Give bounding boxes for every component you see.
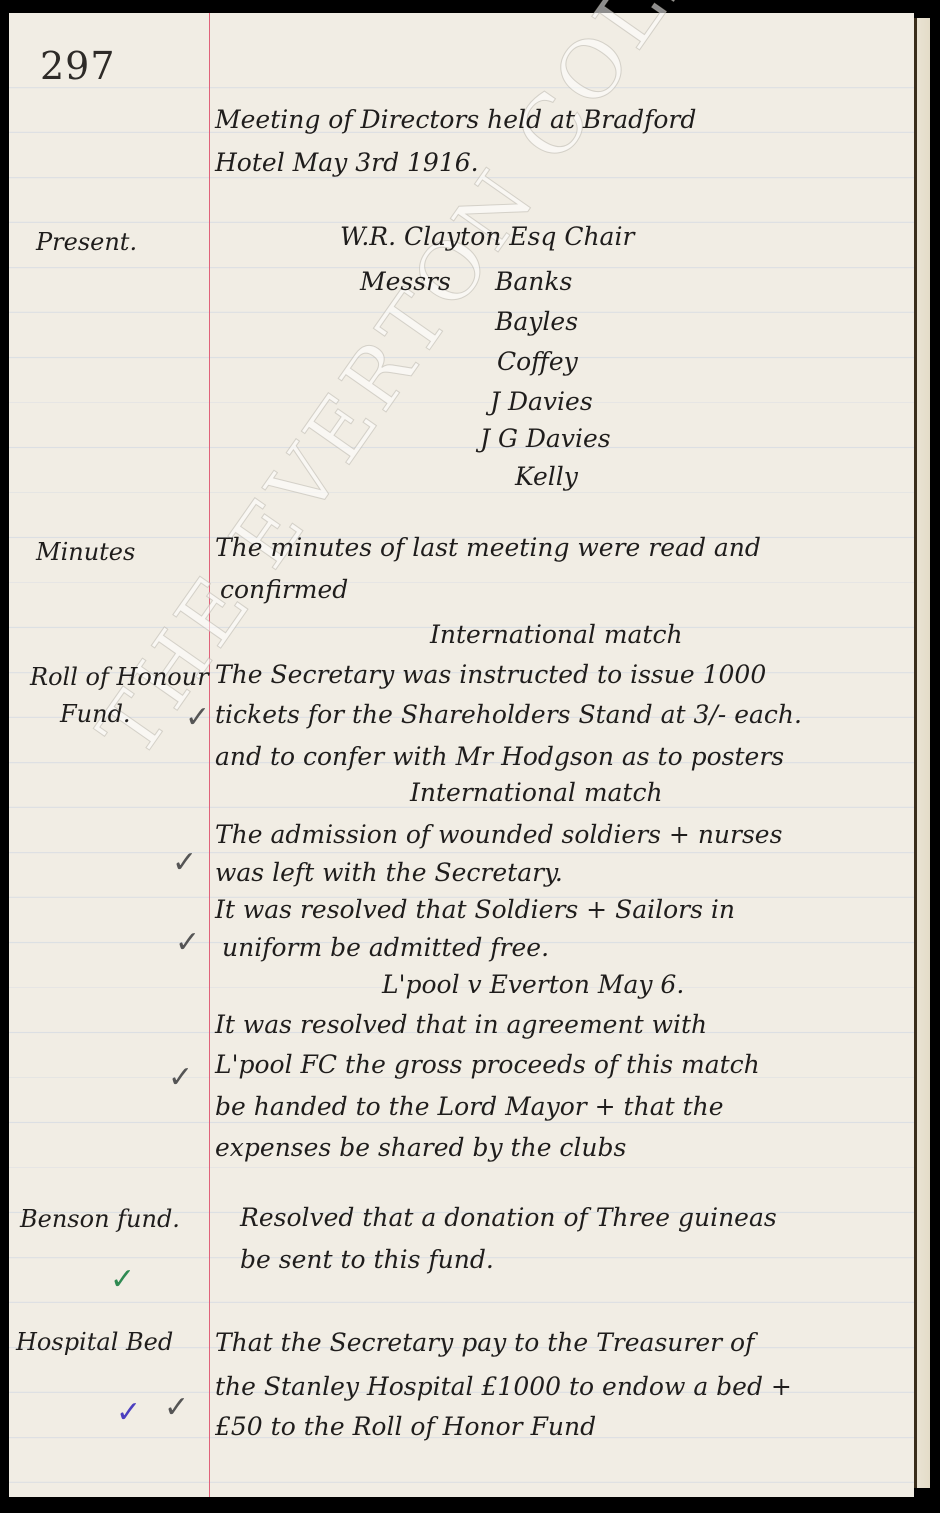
page-number: 297 <box>40 44 116 88</box>
subheading: International match <box>430 620 683 649</box>
blue-check-icon: ✓ <box>116 1395 141 1430</box>
body-line: was left with the Secretary. <box>215 858 563 887</box>
body-line: L'pool FC the gross proceeds of this mat… <box>215 1050 760 1079</box>
body-line: the Stanley Hospital £1000 to endow a be… <box>215 1372 792 1401</box>
check-icon: ✓ <box>172 845 197 880</box>
member: Kelly <box>515 462 578 491</box>
body-line: and to confer with Mr Hodgson as to post… <box>215 742 784 771</box>
check-icon: ✓ <box>175 925 200 960</box>
body-line: Resolved that a donation of Three guinea… <box>240 1203 777 1232</box>
subheading: L'pool v Everton May 6. <box>382 970 684 999</box>
check-icon: ✓ <box>164 1390 189 1425</box>
green-check-icon: ✓ <box>110 1262 135 1297</box>
benson-fund-label: Benson fund. <box>20 1205 180 1233</box>
body-line: The admission of wounded soldiers + nurs… <box>215 820 782 849</box>
roll-of-honour-label: Roll of Honour <box>30 663 209 691</box>
messrs-label: Messrs <box>360 267 451 296</box>
minutes-line: confirmed <box>220 575 348 604</box>
subheading: International match <box>410 778 663 807</box>
margin-line <box>209 13 210 1497</box>
body-line: tickets for the Shareholders Stand at 3/… <box>215 700 802 729</box>
member: Coffey <box>497 347 578 376</box>
body-line: £50 to the Roll of Honor Fund <box>215 1412 596 1441</box>
member: J Davies <box>490 387 593 416</box>
heading-line-2: Hotel May 3rd 1916. <box>215 148 479 177</box>
check-icon: ✓ <box>168 1060 193 1095</box>
heading-line-1: Meeting of Directors held at Bradford <box>215 105 696 134</box>
body-line: The Secretary was instructed to issue 10… <box>215 660 766 689</box>
member: Bayles <box>495 307 578 336</box>
body-line: expenses be shared by the clubs <box>215 1133 626 1162</box>
body-line: be handed to the Lord Mayor + that the <box>215 1092 724 1121</box>
member: J G Davies <box>480 424 611 453</box>
check-icon: ✓ <box>185 700 210 735</box>
body-line: It was resolved that Soldiers + Sailors … <box>215 895 735 924</box>
body-line: be sent to this fund. <box>240 1245 494 1274</box>
body-line: It was resolved that in agreement with <box>215 1010 707 1039</box>
page-edge <box>914 18 930 1488</box>
hospital-bed-label: Hospital Bed <box>16 1328 173 1356</box>
body-line: That the Secretary pay to the Treasurer … <box>215 1328 754 1357</box>
chair: W.R. Clayton Esq Chair <box>340 222 634 251</box>
minutes-label: Minutes <box>36 538 135 566</box>
present-label: Present. <box>36 228 137 256</box>
roll-of-honour-label: Fund. <box>60 700 131 728</box>
body-line: uniform be admitted free. <box>222 933 549 962</box>
minutes-line: The minutes of last meeting were read an… <box>215 533 761 562</box>
member: Banks <box>495 267 572 296</box>
